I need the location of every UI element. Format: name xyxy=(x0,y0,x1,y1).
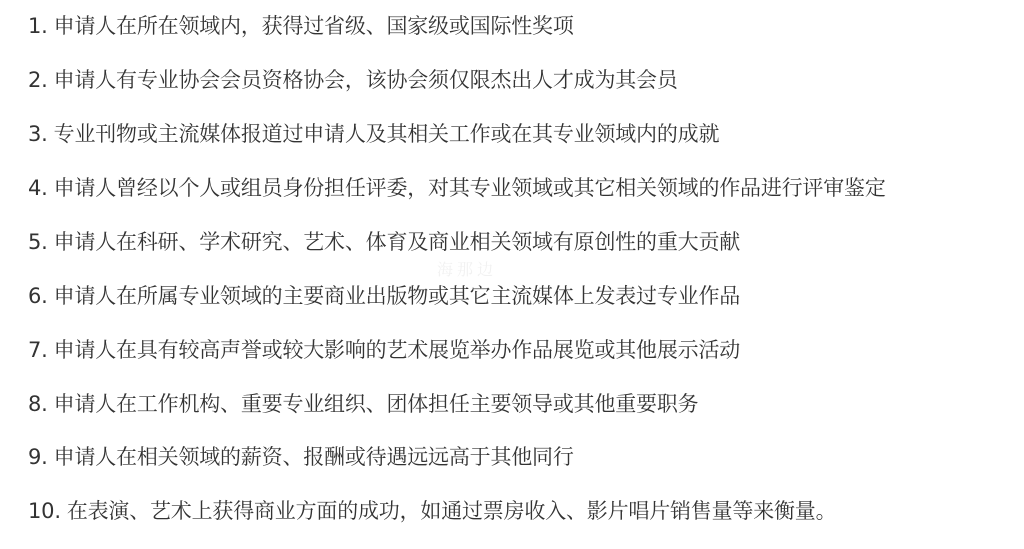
item-text: 申请人在工作机构、重要专业组织、团体担任主要领导或其他重要职务 xyxy=(54,392,699,416)
item-text: 申请人在科研、学术研究、艺术、体育及商业相关领域有原创性的重大贡献 xyxy=(54,230,740,254)
item-text: 专业刊物或主流媒体报道过申请人及其相关工作或在其专业领域内的成就 xyxy=(54,122,720,146)
list-item: 10.在表演、艺术上获得商业方面的成功，如通过票房收入、影片唱片销售量等来衡量。 xyxy=(28,496,836,526)
item-text: 申请人在相关领域的薪资、报酬或待遇远远高于其他同行 xyxy=(54,445,574,469)
item-text: 申请人在具有较高声誉或较大影响的艺术展览举办作品展览或其他展示活动 xyxy=(54,338,740,362)
list-item: 7.申请人在具有较高声誉或较大影响的艺术展览举办作品展览或其他展示活动 xyxy=(28,335,740,365)
watermark: 海那边 xyxy=(437,257,497,280)
item-number: 9. xyxy=(28,445,48,469)
list-item: 6.申请人在所属专业领域的主要商业出版物或其它主流媒体上发表过专业作品 xyxy=(28,281,740,311)
item-number: 4. xyxy=(28,176,48,200)
item-number: 7. xyxy=(28,338,48,362)
item-number: 6. xyxy=(28,284,48,308)
item-number: 2. xyxy=(28,68,48,92)
item-number: 10. xyxy=(28,499,61,523)
item-text: 在表演、艺术上获得商业方面的成功，如通过票房收入、影片唱片销售量等来衡量。 xyxy=(67,499,837,523)
list-item: 9.申请人在相关领域的薪资、报酬或待遇远远高于其他同行 xyxy=(28,442,574,472)
item-text: 申请人在所在领域内，获得过省级、国家级或国际性奖项 xyxy=(54,14,574,38)
item-text: 申请人有专业协会会员资格协会，该协会须仅限杰出人才成为其会员 xyxy=(54,68,678,92)
list-item: 5.申请人在科研、学术研究、艺术、体育及商业相关领域有原创性的重大贡献 xyxy=(28,227,740,257)
item-number: 8. xyxy=(28,392,48,416)
list-item: 1.申请人在所在领域内，获得过省级、国家级或国际性奖项 xyxy=(28,11,574,41)
list-item: 3.专业刊物或主流媒体报道过申请人及其相关工作或在其专业领域内的成就 xyxy=(28,119,719,149)
item-text: 申请人在所属专业领域的主要商业出版物或其它主流媒体上发表过专业作品 xyxy=(54,284,740,308)
list-item: 4.申请人曾经以个人或组员身份担任评委，对其专业领域或其它相关领域的作品进行评审… xyxy=(28,173,886,203)
item-text: 申请人曾经以个人或组员身份担任评委，对其专业领域或其它相关领域的作品进行评审鉴定 xyxy=(54,176,886,200)
list-item: 2.申请人有专业协会会员资格协会，该协会须仅限杰出人才成为其会员 xyxy=(28,65,678,95)
item-number: 5. xyxy=(28,230,48,254)
item-number: 1. xyxy=(28,14,48,38)
list-item: 8.申请人在工作机构、重要专业组织、团体担任主要领导或其他重要职务 xyxy=(28,389,698,419)
item-number: 3. xyxy=(28,122,48,146)
